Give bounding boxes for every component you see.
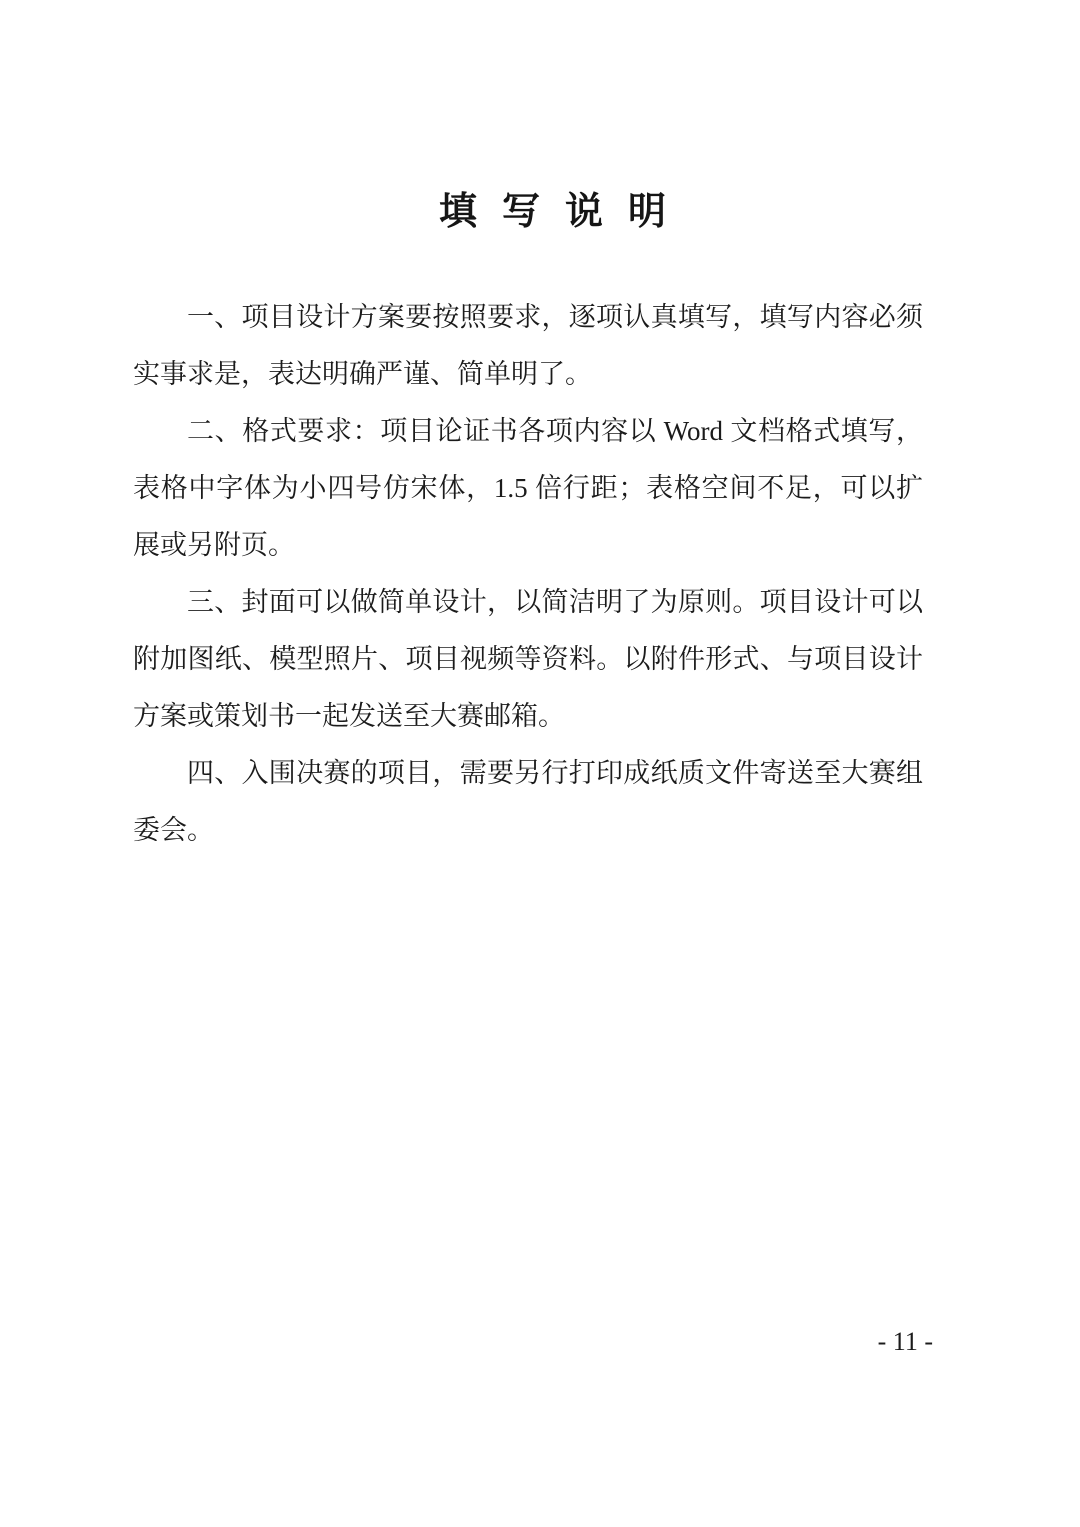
instruction-paragraph-2: 二、格式要求：项目论证书各项内容以 Word 文档格式填写，表格中字体为小四号仿… [133,403,923,574]
instruction-paragraph-3: 三、封面可以做简单设计，以简洁明了为原则。项目设计可以附加图纸、模型照片、项目视… [133,574,923,745]
document-page: 填写说明 一、项目设计方案要按照要求，逐项认真填写，填写内容必须实事求是，表达明… [0,0,1080,1527]
page-title: 填写说明 [0,180,1080,235]
instruction-paragraph-4: 四、入围决赛的项目，需要另行打印成纸质文件寄送至大赛组委会。 [133,745,923,859]
document-body: 一、项目设计方案要按照要求，逐项认真填写，填写内容必须实事求是，表达明确严谨、简… [133,289,923,859]
instruction-paragraph-1: 一、项目设计方案要按照要求，逐项认真填写，填写内容必须实事求是，表达明确严谨、简… [133,289,923,403]
page-number: - 11 - [878,1326,933,1358]
